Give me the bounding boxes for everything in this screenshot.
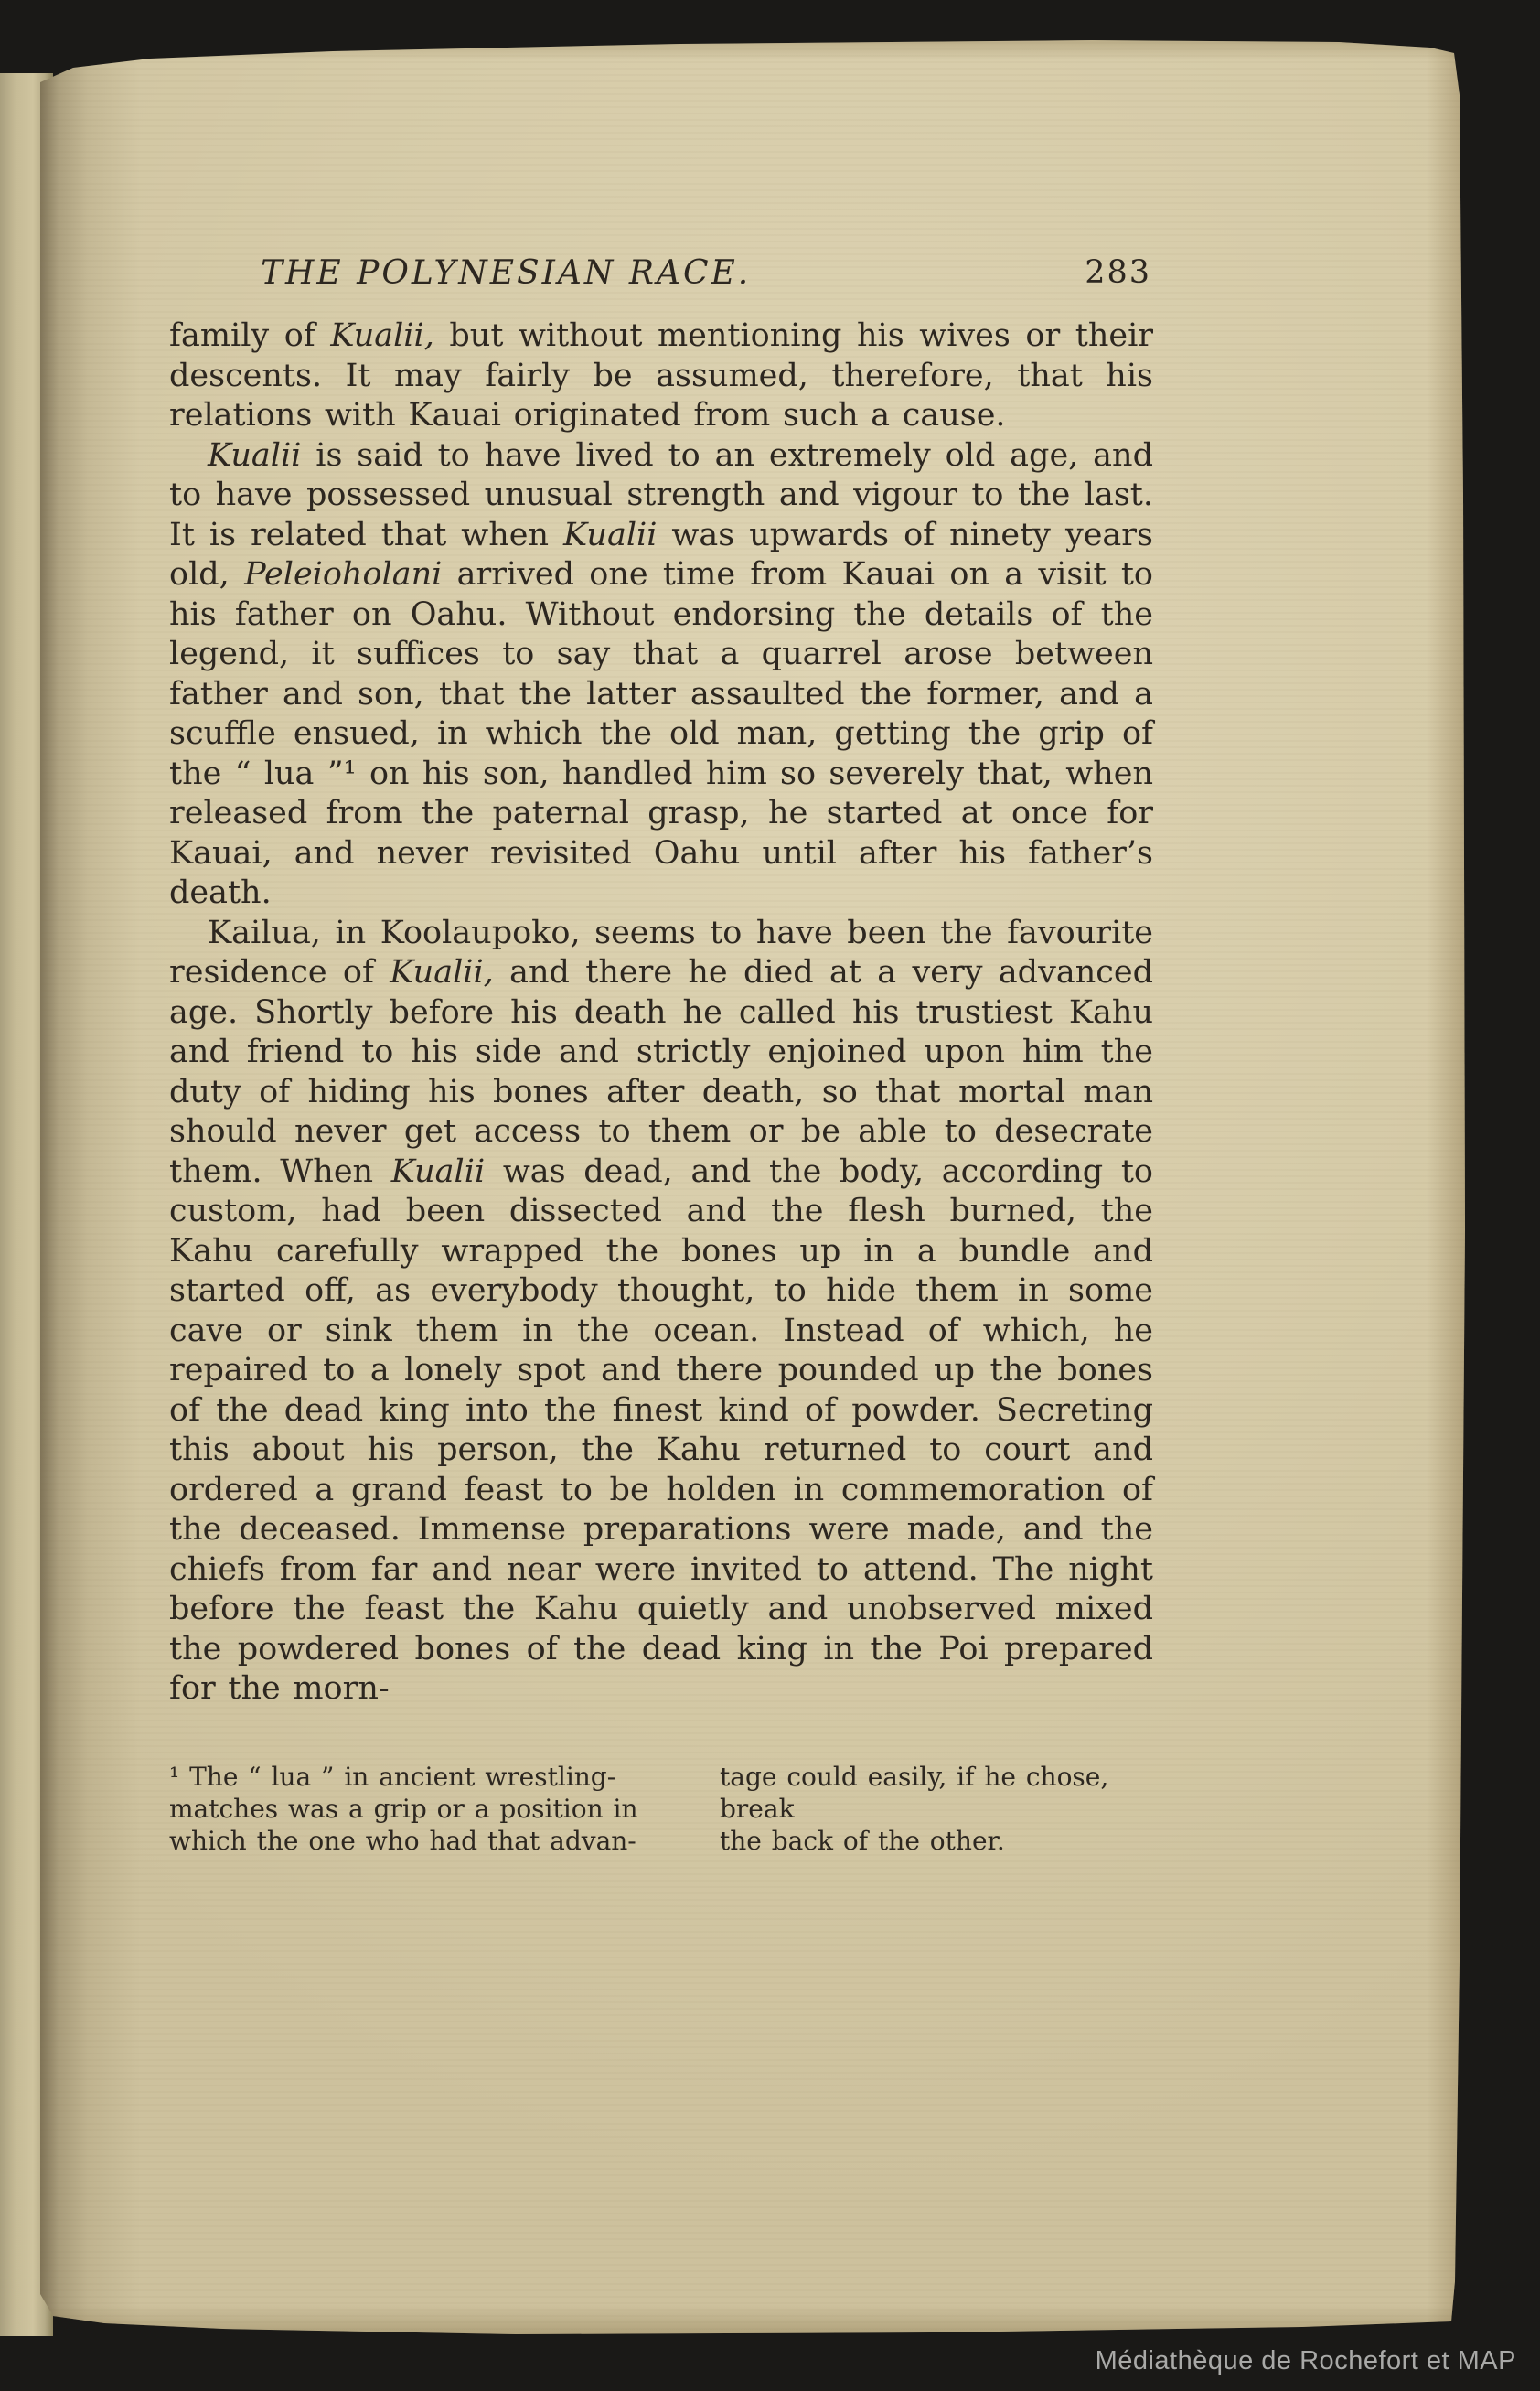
book-page: THE POLYNESIAN RACE. 283 family of Kuali… bbox=[40, 40, 1465, 2336]
page-content: THE POLYNESIAN RACE. 283 family of Kuali… bbox=[169, 254, 1153, 1857]
scanned-book-photo: THE POLYNESIAN RACE. 283 family of Kuali… bbox=[0, 0, 1540, 2391]
footnote-column-right: tage could easily, if he chose, breakthe… bbox=[720, 1761, 1153, 1857]
page-edge-shadow-right bbox=[1427, 40, 1465, 2336]
library-watermark: Médiathèque de Rochefort et MAP bbox=[1096, 2346, 1516, 2376]
running-title: THE POLYNESIAN RACE. bbox=[261, 254, 751, 292]
page-edge-shadow-bottom bbox=[40, 2305, 1465, 2336]
paragraph: Kailua, in Koolaupoko, seems to have bee… bbox=[169, 914, 1153, 1710]
page-edge-shadow-top bbox=[40, 40, 1465, 60]
body-text: family of Kualii, but without mentioning… bbox=[169, 316, 1153, 1710]
page-number: 283 bbox=[1085, 254, 1151, 291]
gutter-shadow bbox=[40, 40, 141, 2336]
footnote-column-left: ¹ The “ lua ” in ancient wrestling-match… bbox=[169, 1761, 687, 1857]
running-head: THE POLYNESIAN RACE. 283 bbox=[169, 254, 1153, 300]
paragraph: family of Kualii, but without mentioning… bbox=[169, 316, 1153, 436]
paragraph: Kualii is said to have lived to an extre… bbox=[169, 436, 1153, 914]
footnote: ¹ The “ lua ” in ancient wrestling-match… bbox=[169, 1761, 1153, 1857]
